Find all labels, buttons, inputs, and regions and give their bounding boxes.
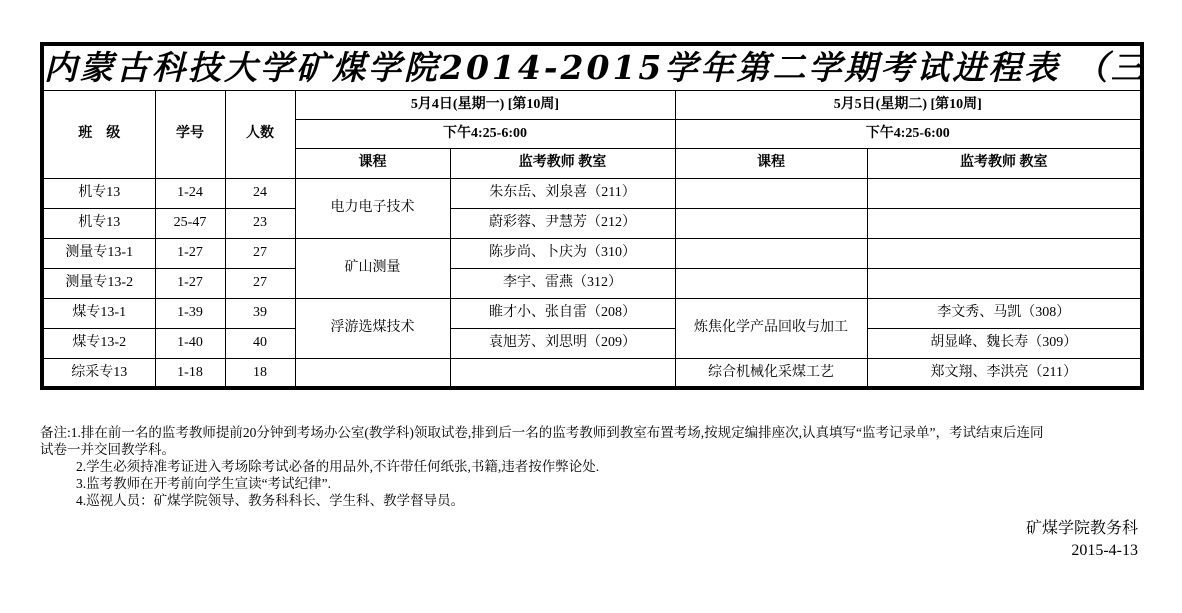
student-ids-cell: 25-47 <box>155 208 225 238</box>
note-line-3: 3.监考教师在开考前向学生宣读“考试纪律”. <box>40 475 1145 492</box>
day1-invigilator-cell: 朱东岳、刘泉喜（211） <box>450 178 675 208</box>
class-cell: 综采专13 <box>42 358 155 388</box>
table-row: 煤专13-1 1-39 39 浮游选煤技术 睢才小、张自雷（208） 炼焦化学产… <box>42 298 1142 328</box>
table-row: 测量专13-1 1-27 27 矿山测量 陈步尚、卜庆为（310） <box>42 238 1142 268</box>
day2-course-cell: 炼焦化学产品回收与加工 <box>675 298 867 358</box>
class-cell: 机专13 <box>42 208 155 238</box>
day1-invigilator-cell: 蔚彩蓉、尹慧芳（212） <box>450 208 675 238</box>
table-row: 综采专13 1-18 18 综合机械化采煤工艺 郑文翔、李洪亮（211） <box>42 358 1142 388</box>
day2-invigilator-cell: 胡显峰、魏长寿（309） <box>867 328 1142 358</box>
schedule-title: 内蒙古科技大学矿煤学院2014-2015学年第二学期考试进程表 （三） <box>42 44 1142 90</box>
col-header-class: 班 级 <box>42 90 155 178</box>
day1-date-header: 5月4日(星期一) [第10周] <box>295 90 675 119</box>
day1-course-col-header: 课程 <box>295 148 450 178</box>
day1-course-cell: 矿山测量 <box>295 238 450 298</box>
footer-signature: 矿煤学院教务科 2015-4-13 <box>1026 518 1138 562</box>
col-header-student-no: 学号 <box>155 90 225 178</box>
student-ids-cell: 1-27 <box>155 268 225 298</box>
count-cell: 39 <box>225 298 295 328</box>
count-cell: 24 <box>225 178 295 208</box>
day1-invigilator-cell: 陈步尚、卜庆为（310） <box>450 238 675 268</box>
class-cell: 测量专13-2 <box>42 268 155 298</box>
note-line-1: 备注:1.排在前一名的监考教师提前20分钟到考场办公室(教学科)领取试卷,排到后… <box>40 424 1145 441</box>
table-row: 测量专13-2 1-27 27 李宇、雷燕（312） <box>42 268 1142 298</box>
note-line-2: 2.学生必须持准考证进入考场除考试必备的用品外,不许带任何纸张,书籍,违者按作弊… <box>40 458 1145 475</box>
day1-invigilator-cell: 李宇、雷燕（312） <box>450 268 675 298</box>
day2-course-col-header: 课程 <box>675 148 867 178</box>
count-cell: 23 <box>225 208 295 238</box>
day2-invigilator-cell <box>867 268 1142 298</box>
day1-invigilator-cell: 睢才小、张自雷（208） <box>450 298 675 328</box>
table-row: 机专13 1-24 24 电力电子技术 朱东岳、刘泉喜（211） <box>42 178 1142 208</box>
student-ids-cell: 1-24 <box>155 178 225 208</box>
note-line-4: 4.巡视人员：矿煤学院领导、教务科科长、学生科、教学督导员。 <box>40 492 1145 509</box>
student-ids-cell: 1-39 <box>155 298 225 328</box>
day2-invigilator-cell <box>867 208 1142 238</box>
day1-course-cell: 电力电子技术 <box>295 178 450 238</box>
day2-course-cell <box>675 178 867 208</box>
day1-course-cell: 浮游选煤技术 <box>295 298 450 358</box>
count-cell: 40 <box>225 328 295 358</box>
day2-invigilator-cell <box>867 178 1142 208</box>
day2-invigilator-cell <box>867 238 1142 268</box>
day1-invigilator-cell <box>450 358 675 388</box>
day1-time-header: 下午4:25-6:00 <box>295 119 675 148</box>
notes-block: 备注:1.排在前一名的监考教师提前20分钟到考场办公室(教学科)领取试卷,排到后… <box>40 424 1145 509</box>
student-ids-cell: 1-18 <box>155 358 225 388</box>
col-header-count: 人数 <box>225 90 295 178</box>
exam-schedule-table: 内蒙古科技大学矿煤学院2014-2015学年第二学期考试进程表 （三） 班 级 … <box>40 42 1144 390</box>
day2-invigilator-col-header: 监考教师 教室 <box>867 148 1142 178</box>
footer-date: 2015-4-13 <box>1026 540 1138 562</box>
note-line-1-continued: 试卷一并交回教学科。 <box>40 441 1145 458</box>
class-cell: 煤专13-2 <box>42 328 155 358</box>
student-ids-cell: 1-40 <box>155 328 225 358</box>
table-row: 煤专13-2 1-40 40 袁旭芳、刘思明（209） 胡显峰、魏长寿（309） <box>42 328 1142 358</box>
count-cell: 27 <box>225 238 295 268</box>
day1-course-cell <box>295 358 450 388</box>
day2-course-cell <box>675 208 867 238</box>
day2-course-cell: 综合机械化采煤工艺 <box>675 358 867 388</box>
day2-time-header: 下午4:25-6:00 <box>675 119 1142 148</box>
footer-department: 矿煤学院教务科 <box>1026 518 1138 540</box>
student-ids-cell: 1-27 <box>155 238 225 268</box>
count-cell: 27 <box>225 268 295 298</box>
day1-invigilator-cell: 袁旭芳、刘思明（209） <box>450 328 675 358</box>
class-cell: 测量专13-1 <box>42 238 155 268</box>
day2-course-cell <box>675 268 867 298</box>
document-sheet: 内蒙古科技大学矿煤学院2014-2015学年第二学期考试进程表 （三） 班 级 … <box>0 0 1182 613</box>
day2-invigilator-cell: 李文秀、马凯（308） <box>867 298 1142 328</box>
table-row: 机专13 25-47 23 蔚彩蓉、尹慧芳（212） <box>42 208 1142 238</box>
day1-invigilator-col-header: 监考教师 教室 <box>450 148 675 178</box>
day2-course-cell <box>675 238 867 268</box>
class-cell: 煤专13-1 <box>42 298 155 328</box>
day2-invigilator-cell: 郑文翔、李洪亮（211） <box>867 358 1142 388</box>
count-cell: 18 <box>225 358 295 388</box>
day2-date-header: 5月5日(星期二) [第10周] <box>675 90 1142 119</box>
class-cell: 机专13 <box>42 178 155 208</box>
